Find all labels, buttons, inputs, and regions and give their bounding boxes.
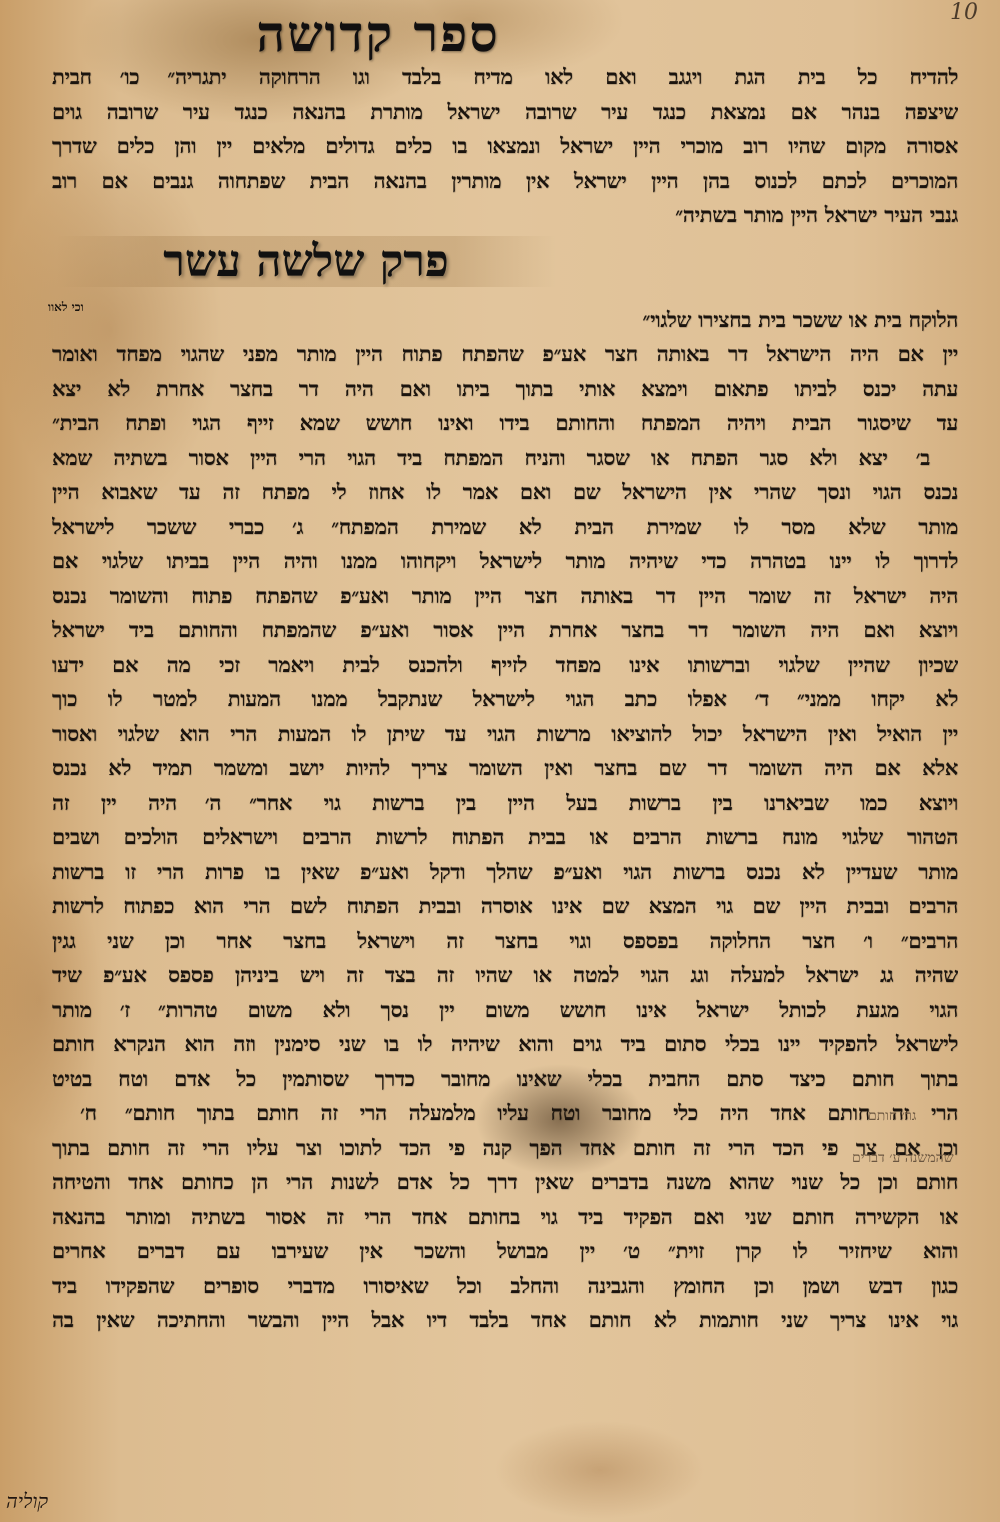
line-text-continuation: יין מבושל והשכר אין שעירבו עם דברים אחרי…: [52, 1238, 595, 1263]
text-line: עד שיסגור הבית ויהיה המפתח והחותם בידו ו…: [52, 406, 958, 441]
line-text: ויוצא ואם היה השומר דר בחצר אחרת היין אס…: [52, 617, 958, 642]
line-text: הרבים ובבית היין שם גוי המצא שם אינו אוס…: [52, 893, 958, 918]
line-text: גוי אינו צריך שני חותמות לא חותם אחד בלב…: [52, 1307, 958, 1332]
line-text-continuation: כברי ששכר לישראל: [52, 514, 264, 539]
text-line: הרי זה חותם אחד היה כלי מחובר וטח עליו מ…: [52, 1096, 958, 1131]
line-text: אלא אם היה השומר דר שם בחצר ואין השומר צ…: [52, 755, 958, 780]
line-text: בתוך חותם כיצד סתם החבית בכלי שאינו מחוב…: [52, 1066, 958, 1091]
line-text: לישראל להפקיד יינו בכלי סתום ביד גוים וה…: [52, 1031, 958, 1056]
line-text: נכנס הגוי ונסך שהרי אין הישראל שם ואם אמ…: [52, 479, 958, 504]
text-line: ויוצא כמו שביארנו בין ברשות בעל היין בין…: [52, 786, 958, 821]
text-line: אלא אם היה השומר דר שם בחצר ואין השומר צ…: [52, 751, 958, 786]
paragraph-marker: ב׳: [916, 441, 930, 476]
text-line: לדרוך לו יינו בטהרה כדי שיהיה מותר לישרא…: [52, 544, 958, 579]
text-line: בתוך חותם כיצד סתם החבית בכלי שאינו מחוב…: [52, 1062, 958, 1097]
line-text: וכן אם צר פי הכד הרי זה חותם אחד הפך קנה…: [52, 1135, 958, 1160]
text-line: נכנס הגוי ונסך שהרי אין הישראל שם ואם אמ…: [52, 475, 958, 510]
line-text-continuation: חצר החלוקה בפספס וגוי בחצר זה וישראל בחצ…: [52, 928, 835, 953]
line-text-continuation: מותר: [52, 997, 92, 1022]
page-title: ספר קדושה: [178, 4, 578, 63]
text-line: הלוקח בית או ששכר בית בחצירו שלגוי״: [52, 303, 958, 338]
paragraph-marker: ג׳: [292, 510, 303, 545]
line-text-continuation: אפלו כתב הגוי לישראל שנתקבל ממנו המעות ל…: [52, 686, 727, 711]
text-line: המוכרים לכתם לכנוס בהן היין ישראל אין מו…: [52, 164, 958, 199]
paragraph-marker: ח׳: [80, 1096, 97, 1131]
line-text: לא יקחו ממני״: [797, 686, 958, 711]
text-line: כגון דבש ושמן וכן החומץ והגבינה והחלב וכ…: [52, 1269, 958, 1304]
line-text: והוא שיחזיר לו קרן זוית״: [668, 1238, 958, 1263]
paragraph-marker: ט׳: [623, 1234, 640, 1269]
text-line: ב׳יצא ולא סגר הפתח או שסגר והניח המפתח ב…: [52, 441, 958, 476]
line-text: או הקשירה חותם שני ואם הפקיד ביד גוי בחו…: [52, 1204, 958, 1229]
line-text: היה ישראל זה שומר היין דר באותה חצר היין…: [52, 583, 958, 608]
text-line: גנבי העיר ישראל היין מותר בשתיה״: [52, 198, 958, 233]
text-line: והוא שיחזיר לו קרן זוית״ט׳יין מבושל והשכ…: [52, 1234, 958, 1269]
text-line: או הקשירה חותם שני ואם הפקיד ביד גוי בחו…: [52, 1200, 958, 1235]
text-line: ויוצא ואם היה השומר דר בחצר אחרת היין אס…: [52, 613, 958, 648]
text-line: יין אם היה הישראל דר באותה חצר אע״פ שהפת…: [52, 337, 958, 372]
text-line: להדיח כל בית הגת ויגגב ואם לאו מדיח בלבד…: [52, 60, 958, 95]
text-line: שכיון שהיין שלגוי וברשותו אינו מפחד לזיי…: [52, 648, 958, 683]
margin-note: גר׳ חותם: [868, 1108, 916, 1125]
line-text: אסורה מקום שהיו רוב מוכרי היין ישראל ונמ…: [52, 133, 958, 158]
text-line: הרבים ובבית היין שם גוי המצא שם אינו אוס…: [52, 889, 958, 924]
line-text: הרבים״: [901, 928, 958, 953]
text-section-before-heading: להדיח כל בית הגת ויגגב ואם לאו מדיח בלבד…: [52, 60, 958, 233]
text-line: עתה יכנס לביתו פתאום וימצא אותי בתוך בית…: [52, 372, 958, 407]
line-text-continuation: חבית: [52, 64, 92, 89]
line-text: מותר שלא מסר לו שמירת הבית לא שמירת המפת…: [331, 514, 958, 539]
text-line: היה ישראל זה שומר היין דר באותה חצר היין…: [52, 579, 958, 614]
line-text: שיצפה בנהר אם נמצאת כנגד עיר שרובה ישראל…: [52, 99, 958, 124]
line-text: שכיון שהיין שלגוי וברשותו אינו מפחד לזיי…: [52, 652, 958, 677]
paragraph-marker: ד׳: [755, 682, 769, 717]
line-text: שהיה גג ישראל למעלה וגג הגוי למטה או שהי…: [52, 962, 958, 987]
text-line: יין הואיל ואין הישראל יכול להוציאו מרשות…: [52, 717, 958, 752]
line-text: יצא ולא סגר הפתח או שסגר והניח המפתח ביד…: [52, 445, 888, 470]
text-line: הטהור שלגוי מונח ברשות הרבים או בבית הפת…: [52, 820, 958, 855]
line-text: מותר שעדיין לא נכנס ברשות הגוי ואע״פ שהל…: [52, 859, 958, 884]
paragraph-marker: ז׳: [120, 993, 130, 1028]
text-line: אסורה מקום שהיו רוב מוכרי היין ישראל ונמ…: [52, 129, 958, 164]
line-text: יין הואיל ואין הישראל יכול להוציאו מרשות…: [52, 721, 958, 746]
line-text: הטהור שלגוי מונח ברשות הרבים או בבית הפת…: [52, 824, 958, 849]
line-text: גנבי העיר ישראל היין מותר בשתיה״: [675, 202, 958, 227]
line-text-continuation: היה יין זה: [52, 790, 177, 815]
line-text: המוכרים לכתם לכנוס בהן היין ישראל אין מו…: [52, 168, 958, 193]
folio-number: 10: [950, 0, 978, 25]
line-text: לדרוך לו יינו בטהרה כדי שיהיה מותר לישרא…: [52, 548, 958, 573]
text-line: לא יקחו ממני״ד׳אפלו כתב הגוי לישראל שנתק…: [52, 682, 958, 717]
text-line: חותם וכן כל שנוי שהוא משנה בדברים שאין ד…: [52, 1165, 958, 1200]
line-text: כגון דבש ושמן וכן החומץ והגבינה והחלב וכ…: [52, 1273, 958, 1298]
paragraph-marker: ה׳: [205, 786, 221, 821]
line-text: הגוי מגעת לכותל ישראל אינו חושש משום יין…: [158, 997, 958, 1022]
catchword: קוליה: [6, 1489, 48, 1514]
line-text: חותם וכן כל שנוי שהוא משנה בדברים שאין ד…: [52, 1169, 958, 1194]
text-line: מותר שעדיין לא נכנס ברשות הגוי ואע״פ שהל…: [52, 855, 958, 890]
line-text: עתה יכנס לביתו פתאום וימצא אותי בתוך בית…: [52, 376, 958, 401]
line-text: הרי זה חותם אחד היה כלי מחובר וטח עליו מ…: [125, 1100, 958, 1125]
heading-side-note: וכי לאוו: [48, 300, 84, 315]
text-section-after-heading: הלוקח בית או ששכר בית בחצירו שלגוי״יין א…: [52, 303, 958, 1338]
line-text: להדיח כל בית הגת ויגגב ואם לאו מדיח בלבד…: [167, 64, 958, 89]
line-text: יין אם היה הישראל דר באותה חצר אע״פ שהפת…: [52, 341, 958, 366]
text-line: הגוי מגעת לכותל ישראל אינו חושש משום יין…: [52, 993, 958, 1028]
line-text: עד שיסגור הבית ויהיה המפתח והחותם בידו ו…: [52, 410, 958, 435]
margin-note: שהמשנה ע׳ דברים: [852, 1150, 954, 1167]
line-text: הלוקח בית או ששכר בית בחצירו שלגוי״: [642, 307, 958, 332]
paragraph-marker: כו׳: [120, 60, 140, 95]
text-line: הרבים״ו׳חצר החלוקה בפספס וגוי בחצר זה וי…: [52, 924, 958, 959]
text-line: לישראל להפקיד יינו בכלי סתום ביד גוים וה…: [52, 1027, 958, 1062]
text-line: שהיה גג ישראל למעלה וגג הגוי למטה או שהי…: [52, 958, 958, 993]
text-line: וכן אם צר פי הכד הרי זה חותם אחד הפך קנה…: [52, 1131, 958, 1166]
text-line: שיצפה בנהר אם נמצאת כנגד עיר שרובה ישראל…: [52, 95, 958, 130]
text-line: מותר שלא מסר לו שמירת הבית לא שמירת המפת…: [52, 510, 958, 545]
chapter-heading: פרק שלשה עשר: [56, 236, 556, 287]
paragraph-marker: ו׳: [863, 924, 873, 959]
line-text: ויוצא כמו שביארנו בין ברשות בעל היין בין…: [249, 790, 958, 815]
text-line: גוי אינו צריך שני חותמות לא חותם אחד בלב…: [52, 1303, 958, 1338]
